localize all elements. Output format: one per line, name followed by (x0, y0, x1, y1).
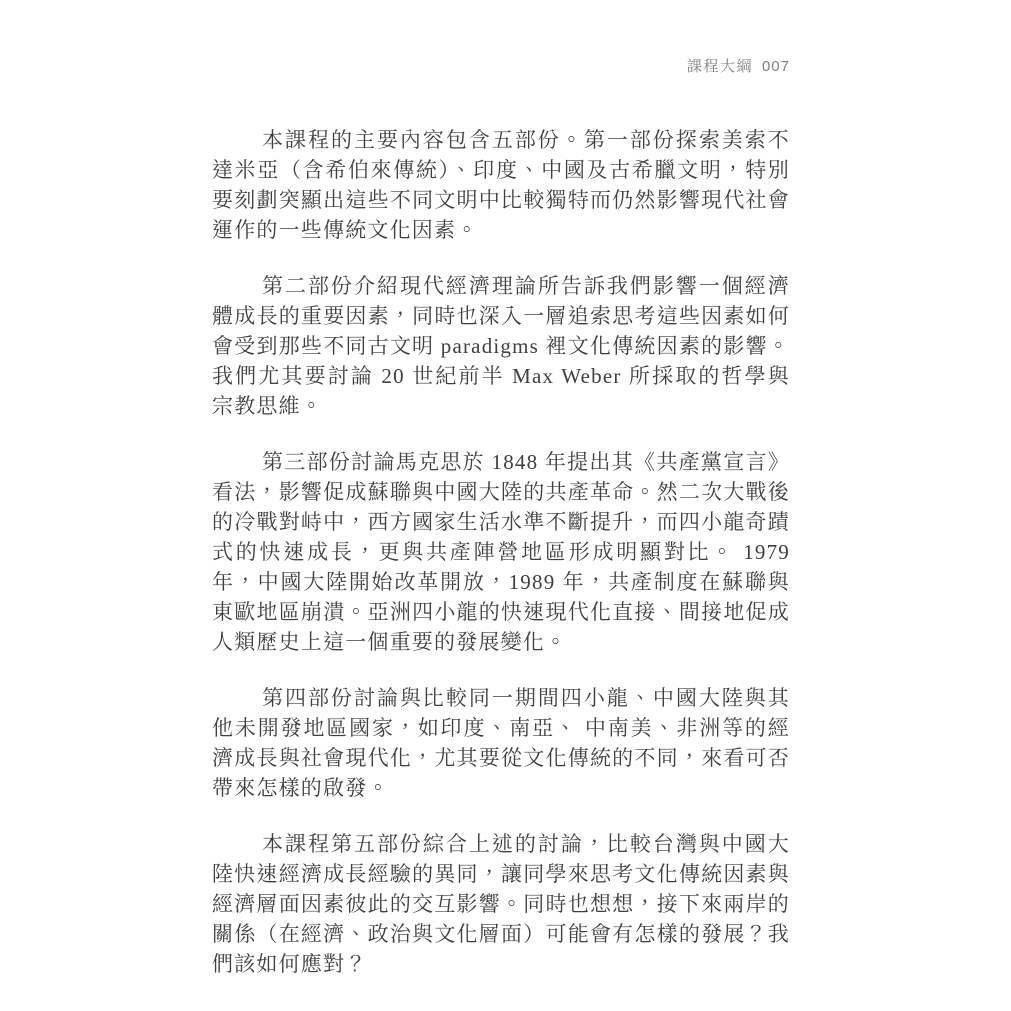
running-header: 課程大綱007 (687, 57, 790, 76)
section-title: 課程大綱 (687, 58, 753, 75)
paragraph-5: 本課程第五部份綜合上述的討論，比較台灣與中國大陸快速經濟成長經驗的異同，讓同學來… (212, 829, 790, 979)
paragraph-3: 第三部份討論馬克思於 1848 年提出其《共產黨宣言》看法，影響促成蘇聯與中國大… (212, 447, 790, 657)
body-text: 本課程的主要內容包含五部份。第一部份探索美索不達米亞（含希伯來傳統）、印度、中國… (212, 125, 790, 979)
paragraph-2: 第二部份介紹現代經濟理論所告訴我們影響一個經濟體成長的重要因素，同時也深入一層追… (212, 271, 790, 421)
page-number: 007 (762, 58, 790, 75)
paragraph-4: 第四部份討論與比較同一期間四小龍、中國大陸與其他未開發地區國家，如印度、南亞、 … (212, 683, 790, 803)
paragraph-1: 本課程的主要內容包含五部份。第一部份探索美索不達米亞（含希伯來傳統）、印度、中國… (212, 125, 790, 245)
book-page: 課程大綱007 本課程的主要內容包含五部份。第一部份探索美索不達米亞（含希伯來傳… (0, 0, 1011, 1011)
